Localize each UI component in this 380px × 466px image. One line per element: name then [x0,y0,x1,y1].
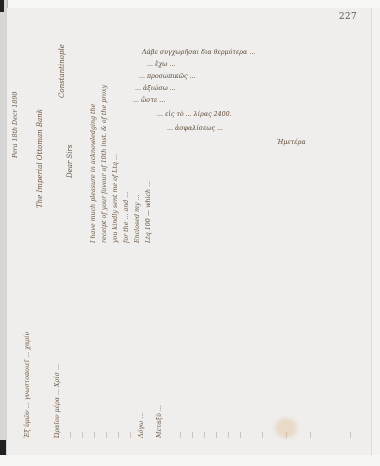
greek-line: ... ὥστε ... [133,98,165,104]
folio-number: 227 [339,12,357,22]
body-line: Enclosed my ... [135,194,141,243]
greek-rot-line: ... [91,432,97,438]
scan-bottom-margin [0,455,380,466]
greek-line: ... εἰς τὸ ... λίρας 2400. [157,112,232,118]
greek-rot-line: ... [67,432,73,438]
body-line: I have much pleasure in acknowledging th… [91,104,97,243]
greek-line: ... ἀξιώσω ... [135,86,176,92]
greek-rot-line: ... [307,432,313,438]
body-line: receipt of your favour of 10th inst. & o… [102,85,108,243]
body-line: for the ... and ... [124,192,130,243]
greek-line: ... ἀσφαλίσεως ... [167,126,223,132]
greek-rot-line: Μεταξὺ ... [157,405,163,438]
manuscript-page: 227 Pera 18th Decr 1890 The Imperial Ott… [7,8,372,457]
greek-rot-line: ... [189,432,195,438]
greek-rot-line: ... [347,432,353,438]
greek-rot-line: ... [79,432,85,438]
greek-signature: Ἠμετέρα [277,140,306,146]
addressee-line: The Imperial Ottoman Bank [37,109,44,208]
greek-rot-line: ... [213,432,219,438]
greek-rot-line: Ἐξ ὑμῶν ... γνωστοποιεῖ ... χαρίν [25,332,31,438]
body-line: Ltq 100 — which ... [146,181,152,243]
greek-rot-line: ... [201,432,207,438]
greek-line: Λάβε συγχωρῆσαι δια θερμότερα ... [142,50,255,56]
greek-rot-line: ... [237,432,243,438]
greek-line: ... ἔχω ... [147,62,175,68]
greek-rot-line: ... [177,432,183,438]
greek-rot-line: Ὡραῖον μέρα ... Χρίσ ... [55,364,61,438]
city-line: Constantinople [59,44,66,98]
scan-top-margin [0,0,380,8]
greek-rot-line: ... [127,432,133,438]
greek-rot-line: Λόγω ... [139,413,145,438]
greek-line: ... προσωπικῶς ... [139,74,195,80]
date-line: Pera 18th Decr 1890 [13,92,19,158]
greek-rot-line: ... [259,432,265,438]
greek-rot-line: ... [115,432,121,438]
paper-stain [275,418,297,438]
body-line: you kindly sent me of Ltq ... [113,154,119,243]
salutation: Dear Sirs [67,145,74,178]
greek-rot-line: ... [103,432,109,438]
greek-rot-line: ... [225,432,231,438]
binding-shadow-top [0,0,4,12]
